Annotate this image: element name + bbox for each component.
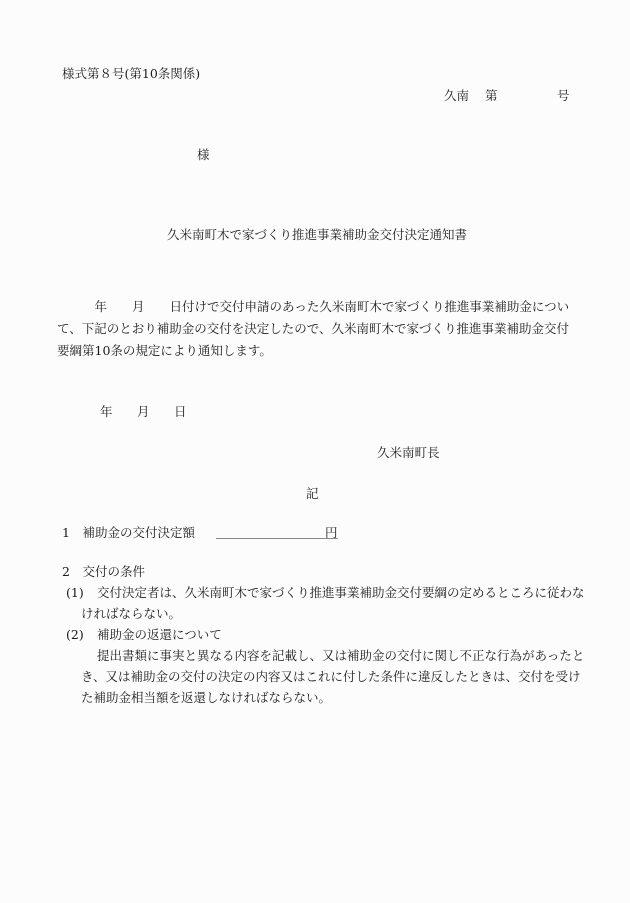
date-day: 日 bbox=[174, 406, 187, 419]
item1-unit-yen: 円 bbox=[325, 527, 338, 540]
date-month: 月 bbox=[137, 406, 150, 419]
condition-2-line-3: た補助金相当額を返還しなければならない。 bbox=[81, 692, 331, 705]
ki-heading: 記 bbox=[306, 488, 319, 501]
body-line-3: 要綱第10条の規定により通知します。 bbox=[57, 340, 577, 362]
body-line-1: 年 月 日付けで交付申請のあった久米南町木で家づくり推進事業補助金につい bbox=[57, 296, 577, 318]
amount-blank-line bbox=[216, 538, 338, 539]
condition-1-line-1: 交付決定者は、久米南町木で家づくり推進事業補助金交付要綱の定めるところに従わな bbox=[97, 587, 585, 600]
condition-2-line-2: き、又は補助金の交付の決定の内容又はこれに付した条件に違反したときは、交付を受け bbox=[81, 671, 581, 684]
addressee-sama: 様 bbox=[197, 149, 210, 162]
document-title: 久米南町木で家づくり推進事業補助金交付決定通知書 bbox=[167, 229, 467, 242]
doc-number-dai: 第 bbox=[485, 90, 498, 103]
condition-1-number: (1) bbox=[66, 587, 84, 600]
item2-label: 2 交付の条件 bbox=[62, 566, 145, 579]
item1-label: 1 補助金の交付決定額 bbox=[62, 527, 195, 540]
condition-2-title: 補助金の返還について bbox=[97, 629, 222, 642]
body-line-2: て、下記のとおり補助金の交付を決定したので、久米南町木で家づくり推進事業補助金交… bbox=[57, 318, 577, 340]
doc-number-go: 号 bbox=[557, 90, 570, 103]
issuer-name: 久米南町長 bbox=[377, 447, 440, 460]
condition-2-line-1: 提出書類に事実と異なる内容を記載し、又は補助金の交付に関し不正な行為があったと bbox=[97, 650, 584, 663]
condition-2-number: (2) bbox=[66, 629, 84, 642]
condition-1-line-2: ければならない。 bbox=[81, 608, 181, 621]
date-year: 年 bbox=[100, 406, 113, 419]
body-paragraph: 年 月 日付けで交付申請のあった久米南町木で家づくり推進事業補助金につい て、下… bbox=[57, 296, 577, 362]
form-number: 様式第８号(第10条関係) bbox=[62, 68, 200, 81]
doc-number-prefix: 久南 bbox=[444, 90, 469, 103]
